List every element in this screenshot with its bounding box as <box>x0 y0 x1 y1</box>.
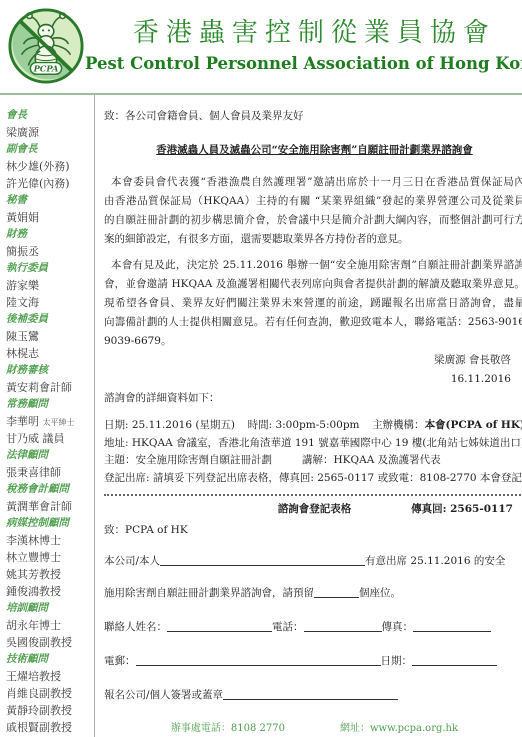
sidebar-member: 黃靜玲副教授 <box>6 702 92 719</box>
sidebar-role: 技術顧問 <box>6 651 92 668</box>
applicant-line: 本公司/本人有意出席 25.11.2016 的安全 <box>104 552 522 571</box>
letterhead: PCPA 香港蟲害控制從業員協會 Pest Control Personnel … <box>0 0 522 93</box>
sidebar-member: 陳玉鸞 <box>6 328 92 345</box>
sidebar-role: 病媒控制顧問 <box>6 515 92 532</box>
sidebar-role: 財務審核 <box>6 362 92 379</box>
signature-block: 梁廣源 會長敬啓 16.11.2016 <box>104 351 522 389</box>
event-organizer: 主辦機構：本會(PCPA of HK) <box>372 417 522 435</box>
contact-name-label: 聯絡人姓名： <box>104 621 167 633</box>
seats-count-blank <box>314 584 359 598</box>
sidebar-role: 後補委員 <box>6 311 92 328</box>
sidebar-member: 簡振丞 <box>6 243 92 260</box>
sidebar-member: 肖維良副教授 <box>6 685 92 702</box>
sidebar-member: 林榥志 <box>6 345 92 362</box>
sidebar-role: 常務顧問 <box>6 396 92 413</box>
document-page: PCPA 香港蟲害控制從業員協會 Pest Control Personnel … <box>0 0 522 737</box>
applicant-suffix: 有意出席 25.11.2016 的安全 <box>365 555 505 567</box>
signature-date: 16.11.2016 <box>104 370 511 389</box>
sidebar-member: 甘乃威 議員 <box>6 430 92 447</box>
paragraph-line: 由香港品質保証局（HKQAA）主持的有關 “某業界組織”發起的業界營運公司及從業… <box>104 192 522 211</box>
sidebar-member: 王燿培教授 <box>6 668 92 685</box>
salutation: 致：各公司會籍會員、個人會員及業界友好 <box>104 107 522 126</box>
paragraph-2: 本會有見及此，決定於 25.11.2016 舉辦一個“安全施用除害劑”自願註冊計… <box>104 256 522 351</box>
applicant-name-blank <box>160 552 365 566</box>
details-intro: 諮詢會的詳細資料如下： <box>104 389 522 408</box>
sidebar-role: 執行委員 <box>6 260 92 277</box>
signature-name: 梁廣源 會長敬啓 <box>104 351 511 370</box>
sidebar-role: 秘書 <box>6 192 92 209</box>
signature-blank <box>223 686 398 700</box>
letter-body: 致：各公司會籍會員、個人會員及業界友好 香港滅蟲人員及滅蟲公司“安全施用除害劑”… <box>95 95 522 737</box>
sidebar-member: 姚其芳教授 <box>6 566 92 583</box>
member-name: 李華明 <box>6 415 39 428</box>
committee-sidebar: 會長 梁廣源 副會長 林少雄(外務) 許光偉(內務) 秘書 黃娟娟 財務 簡振丞… <box>0 95 95 737</box>
paragraph-line: 案的細節設定，有很多方面，還需要聽取業界各方持份者的意見。 <box>104 230 522 249</box>
signature-label: 報名公司/個人簽署或蓋章 <box>104 689 223 701</box>
sidebar-member: 游家樂 <box>6 277 92 294</box>
contact-name-blank <box>167 618 272 632</box>
email-label: 電郵： <box>104 655 136 667</box>
logo-pcpa-text: PCPA <box>33 63 59 73</box>
phone-blank <box>304 618 382 632</box>
seats-prefix: 施用除害劑自願註冊計劃業界諮詢會，請預留 <box>104 587 314 599</box>
sidebar-member: 李漢林博士 <box>6 532 92 549</box>
sidebar-member: 梁廣源 <box>6 124 92 141</box>
seats-line: 施用除害劑自願註冊計劃業界諮詢會，請預留個座位。 <box>104 584 522 603</box>
event-topic-speaker: 主題：安全施用除害劑自願註冊計劃講解：HKQAA 及漁護署代表 <box>104 452 522 470</box>
signature-line: 報名公司/個人簽署或蓋章 <box>104 686 522 705</box>
sidebar-member: 鍾俊鴻教授 <box>6 583 92 600</box>
date-blank <box>412 652 497 666</box>
contact-line: 聯絡人姓名：電話：傳真： <box>104 618 522 637</box>
sidebar-member: 黃潤華會計師 <box>6 498 92 515</box>
sidebar-member: 林少雄(外務) <box>6 158 92 175</box>
seats-suffix: 個座位。 <box>359 587 401 599</box>
paragraph-line: 本會委員會代表獲“香港漁農自然護理署”邀請出席於十一月三日在香港品質保証局內 <box>104 173 522 192</box>
sidebar-member: 黃安莉會計師 <box>6 379 92 396</box>
sidebar-member: 林立豐博士 <box>6 549 92 566</box>
paragraph-line: 本會有見及此，決定於 25.11.2016 舉辦一個“安全施用除害劑”自願註冊計… <box>104 256 522 275</box>
sidebar-role: 副會長 <box>6 141 92 158</box>
website-url: 網址：www.pcpa.org.hk <box>340 719 458 737</box>
organizer-label: 主辦機構： <box>372 419 425 431</box>
event-topic: 主題：安全施用除害劑自願註冊計劃 <box>104 454 272 466</box>
event-date: 日期: 25.11.2016 (星期五) <box>104 417 235 435</box>
sidebar-member: 吳國俊副教授 <box>6 634 92 651</box>
paragraph-line: 的自願註冊計劃的初步構思簡介會，於會議中只是簡介計劃大綱內容，而整個計劃可行方 <box>104 211 522 230</box>
office-telephone: 辦事處電話：8108 2770 <box>171 719 285 737</box>
association-name-english: Pest Control Personnel Association of Ho… <box>85 54 522 73</box>
fax-blank <box>413 618 491 632</box>
paragraph-line: 9039-6679。 <box>104 332 522 351</box>
sidebar-member: 戚根賢副教授 <box>6 719 92 736</box>
cut-line-separator <box>104 494 522 496</box>
paragraph-line: 會，並會邀請 HKQAA 及漁護署相關代表列席向與會者提供計劃的解讀及聽取業界意… <box>104 275 522 294</box>
member-honorific: 太平紳士 <box>43 418 75 427</box>
sidebar-role: 稅務會計顧問 <box>6 481 92 498</box>
sidebar-member: 張秉喜律師 <box>6 464 92 481</box>
email-blank <box>136 652 381 666</box>
association-titles: 香港蟲害控制從業員協會 Pest Control Personnel Assoc… <box>85 6 522 73</box>
paragraph-line: 向籌備計劃的人士提供相關意見。若有任何查詢，歡迎致電本人，聯絡電話：2563-9… <box>104 313 522 332</box>
event-time: 時間: 3:00pm-5:00pm <box>248 417 360 435</box>
event-speaker: 講解：HKQAA 及漁護署代表 <box>302 454 441 466</box>
form-addressee: 致：PCPA of HK <box>104 521 522 540</box>
phone-label: 電話： <box>272 621 304 633</box>
sidebar-role: 財務 <box>6 226 92 243</box>
email-line: 電郵：日期： <box>104 652 522 671</box>
paragraph-1: 本會委員會代表獲“香港漁農自然護理署”邀請出席於十一月三日在香港品質保証局內 由… <box>104 173 522 249</box>
fax-back-number: 傳真回: 2565-0117 <box>411 500 513 519</box>
association-name-chinese: 香港蟲害控制從業員協會 <box>85 12 522 49</box>
page-footer: 辦事處電話：8108 2770 網址：www.pcpa.org.hk <box>104 719 522 737</box>
fax-label: 傳真： <box>382 621 414 633</box>
event-address: 地址: HKQAA 會議室，香港北角渣華道 191 號嘉華國際中心 19 樓(北… <box>104 435 522 453</box>
sidebar-role: 會長 <box>6 107 92 124</box>
event-details: 日期: 25.11.2016 (星期五) 時間: 3:00pm-5:00pm 主… <box>104 417 522 487</box>
registration-form-header: 諮詢會登記表格 傳真回: 2565-0117 <box>104 500 522 519</box>
letter-subject: 香港滅蟲人員及滅蟲公司“安全施用除害劑”自願註冊計劃業界諮詢會 <box>104 141 522 160</box>
sidebar-role: 培訓顧問 <box>6 600 92 617</box>
date-label: 日期： <box>381 655 413 667</box>
sidebar-member: 陸文海 <box>6 294 92 311</box>
pcpa-logo: PCPA <box>7 6 85 86</box>
sidebar-member: 李華明 太平紳士 <box>6 413 92 430</box>
organizer-value: 本會(PCPA of HK) <box>425 419 522 431</box>
sidebar-member: 胡永年博士 <box>6 617 92 634</box>
event-date-time-organizer: 日期: 25.11.2016 (星期五) 時間: 3:00pm-5:00pm 主… <box>104 417 522 435</box>
paragraph-line: 現希望各會員、業界友好們關注業界未來營運的前途，踴躍報名出席當日諮詢會，盡量 <box>104 294 522 313</box>
pest-control-logo-icon: PCPA <box>7 6 85 86</box>
registration-instruction: 登記出席: 請填妥下列登記出席表格，傳真回: 2565-0117 或致電：810… <box>104 470 522 488</box>
applicant-label: 本公司/本人 <box>104 555 160 567</box>
sidebar-member: 黃娟娟 <box>6 209 92 226</box>
sidebar-role: 法律顧問 <box>6 447 92 464</box>
sidebar-member: 許光偉(內務) <box>6 175 92 192</box>
